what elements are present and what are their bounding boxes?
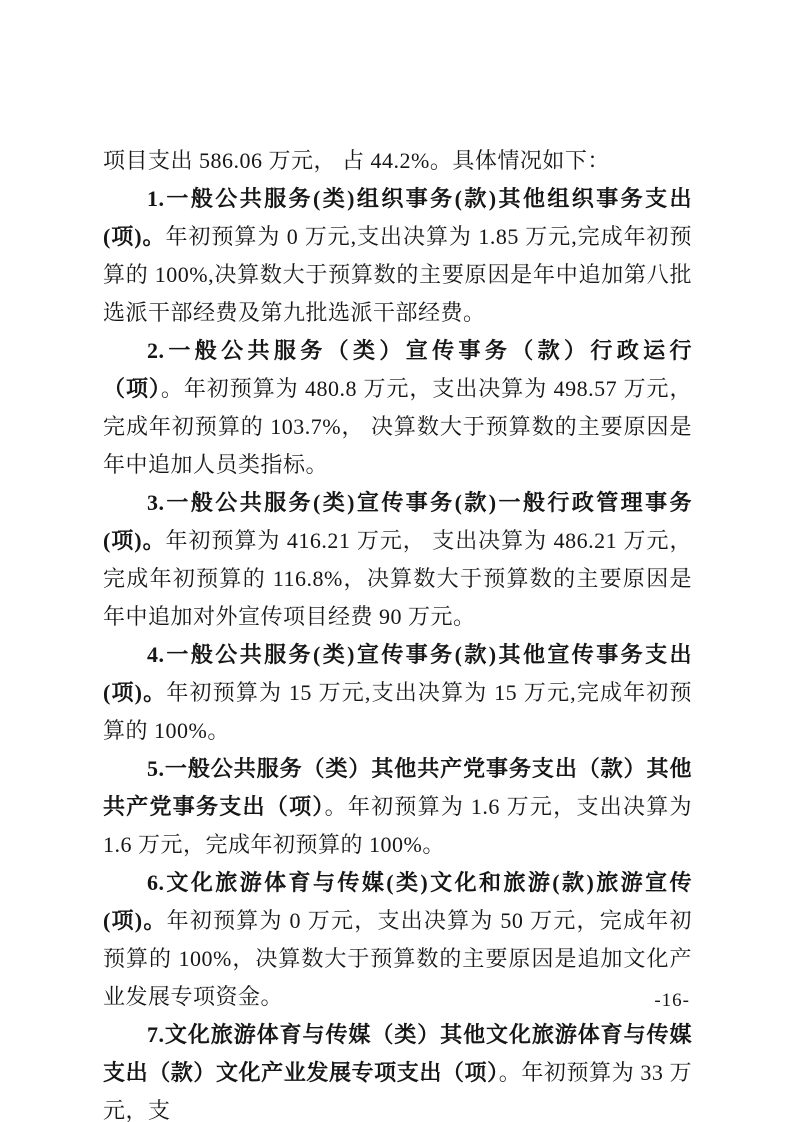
- document-text-block: 项目支出 586.06 万元， 占 44.2%。具体情况如下： 1.一般公共服务…: [103, 142, 692, 1122]
- intro-text: 项目支出 586.06 万元， 占 44.2%。具体情况如下：: [103, 148, 610, 173]
- item-3-body: 年初预算为 416.21 万元， 支出决算为 486.21 万元， 完成年初预算…: [103, 528, 692, 629]
- budget-item-paragraph-7: 7.文化旅游体育与传媒（类）其他文化旅游体育与传媒支出（款）文化产业发展专项支出…: [103, 1016, 692, 1122]
- item-6-body: 年初预算为 0 万元，支出决算为 50 万元，完成年初预算的 100%，决算数大…: [103, 908, 692, 1009]
- page-number: -16-: [654, 990, 690, 1012]
- item-4-body: 年初预算为 15 万元,支出决算为 15 万元,完成年初预算的 100%。: [103, 680, 692, 743]
- budget-item-paragraph-6: 6.文化旅游体育与传媒(类)文化和旅游(款)旅游宣传(项)。年初预算为 0 万元…: [103, 864, 692, 1016]
- document-page: 项目支出 586.06 万元， 占 44.2%。具体情况如下： 1.一般公共服务…: [0, 0, 793, 1122]
- budget-item-paragraph-3: 3.一般公共服务(类)宣传事务(款)一般行政管理事务(项)。年初预算为 416.…: [103, 484, 692, 636]
- intro-paragraph: 项目支出 586.06 万元， 占 44.2%。具体情况如下：: [103, 142, 692, 180]
- item-1-body: 年初预算为 0 万元,支出决算为 1.85 万元,完成年初预算的 100%,决算…: [103, 224, 692, 325]
- item-2-body: 。年初预算为 480.8 万元，支出决算为 498.57 万元，完成年初预算的 …: [103, 376, 692, 477]
- budget-item-paragraph-5: 5.一般公共服务（类）其他共产党事务支出（款）其他共产党事务支出（项）。年初预算…: [103, 750, 692, 864]
- budget-item-paragraph-2: 2.一般公共服务（类）宣传事务（款）行政运行（项）。年初预算为 480.8 万元…: [103, 332, 692, 484]
- budget-item-paragraph-1: 1.一般公共服务(类)组织事务(款)其他组织事务支出(项)。年初预算为 0 万元…: [103, 180, 692, 332]
- budget-item-paragraph-4: 4.一般公共服务(类)宣传事务(款)其他宣传事务支出(项)。年初预算为 15 万…: [103, 636, 692, 750]
